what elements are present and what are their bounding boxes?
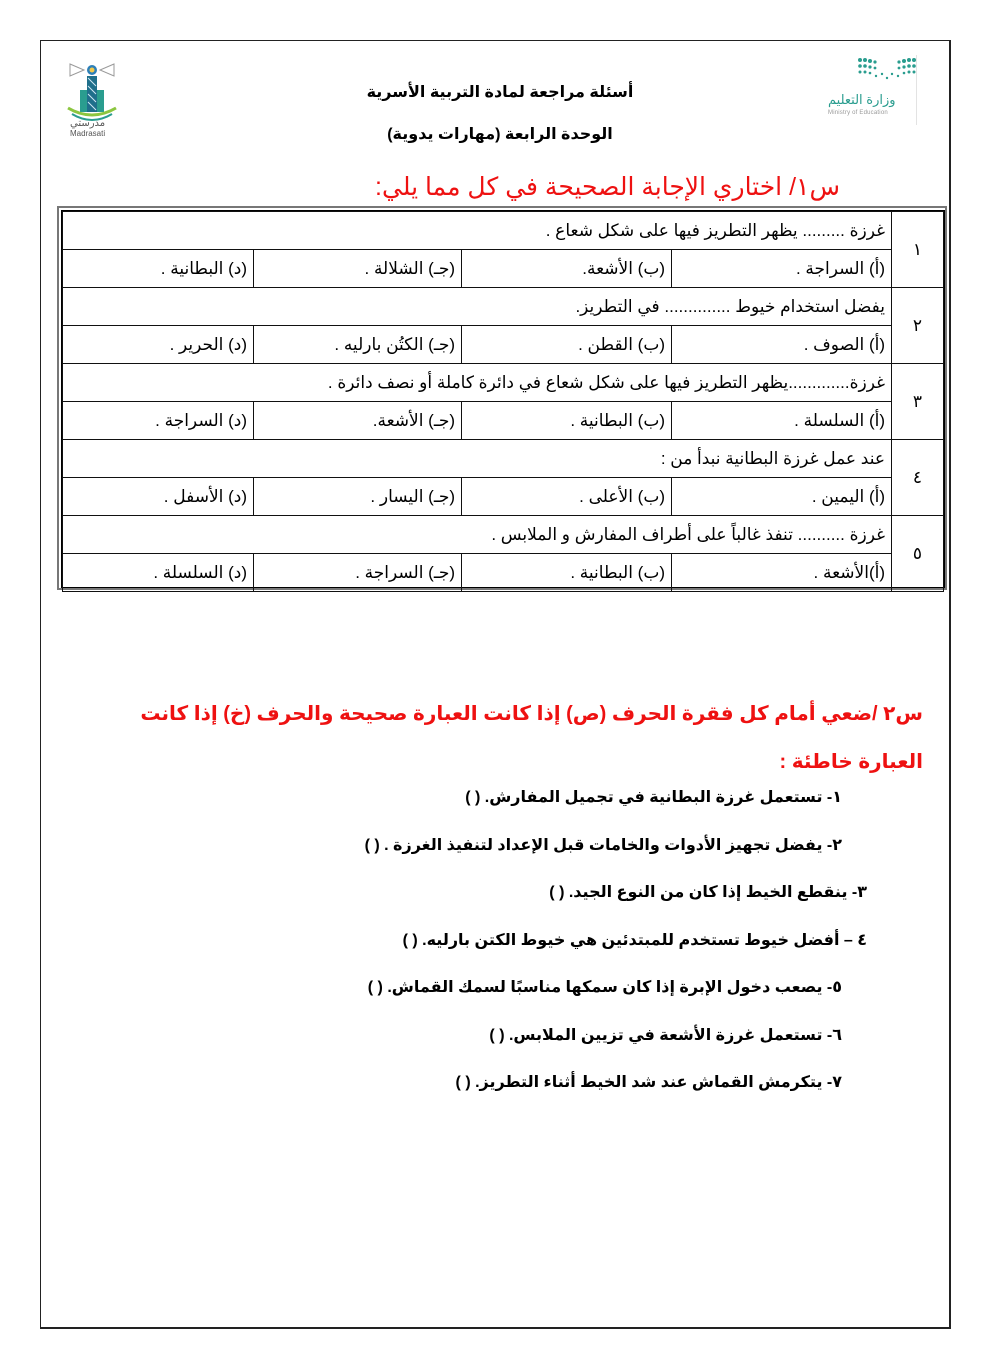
option-d[interactable]: (د) السراجة . [63,402,254,440]
mcq-options-row: (أ)الأشعة . (ب) البطانية . (جـ) السراجة … [63,554,944,592]
question2-heading: س٢ /ضعي أمام كل فقرة الحرف (ص) إذا كانت … [93,690,923,786]
true-false-statement[interactable]: ٢- يفضل تجهيز الأدوات والخامات قبل الإعد… [365,835,842,857]
option-c[interactable]: (جـ) السراجة . [254,554,462,592]
mcq-stem-row: ٢ يفضل استخدام خيوط .............. في ال… [63,288,944,326]
mcq-table: ١ غرزة ......... يظهر التطريز فيها على ش… [62,211,944,592]
option-b[interactable]: (ب) البطانية . [462,554,672,592]
option-d[interactable]: (د) الأسفل . [63,478,254,516]
ministry-logo-text-ar: وزارة التعليم [828,92,896,108]
ministry-logo-text-en: Ministry of Education [828,110,888,116]
question-stem: يفضل استخدام خيوط .............. في التط… [63,288,892,326]
page-title: أسئلة مراجعة لمادة التربية الأسرية [355,82,645,102]
madrasati-logo-text-ar: مدرستي [70,118,105,129]
option-b[interactable]: (ب) القطن . [462,326,672,364]
option-b[interactable]: (ب) البطانية . [462,402,672,440]
option-d[interactable]: (د) البطانية . [63,250,254,288]
mcq-table-frame: ١ غرزة ......... يظهر التطريز فيها على ش… [57,206,947,590]
true-false-statement[interactable]: ٧- يتكرمش القماش عند شد الخيط أثناء التط… [365,1072,842,1094]
option-a[interactable]: (أ) السلسلة . [672,402,892,440]
option-c[interactable]: (جـ) اليسار . [254,478,462,516]
true-false-statement[interactable]: ٣- ينقطع الخيط إذا كان من النوع الجيد. (… [365,882,867,904]
option-d[interactable]: (د) الحرير . [63,326,254,364]
question-number: ١ [892,212,944,288]
mcq-stem-row: ٤ عند عمل غرزة البطانية نبدأ من : [63,440,944,478]
mcq-stem-row: ٣ غرزة.............يظهر التطريز فيها على… [63,364,944,402]
option-c[interactable]: (جـ) الشلالة . [254,250,462,288]
option-c[interactable]: (جـ) الكتُن بارليه . [254,326,462,364]
true-false-statement[interactable]: ٦- تستعمل غرزة الأشعة في تزيين الملابس. … [365,1025,842,1047]
madrasati-logo-text-en: Madrasati [70,129,105,138]
question-number: ٤ [892,440,944,516]
mcq-stem-row: ٥ غرزة .......... تنفذ غالباً على أطراف … [63,516,944,554]
question-number: ٣ [892,364,944,440]
mcq-options-row: (أ) السراجة . (ب) الأشعة. (جـ) الشلالة .… [63,250,944,288]
option-a[interactable]: (أ) اليمين . [672,478,892,516]
true-false-statement[interactable]: ٥- يصعب دخول الإبرة إذا كان سمكها مناسبً… [365,977,842,999]
option-c[interactable]: (جـ) الأشعة. [254,402,462,440]
option-b[interactable]: (ب) الأشعة. [462,250,672,288]
mcq-stem-row: ١ غرزة ......... يظهر التطريز فيها على ش… [63,212,944,250]
question1-heading: س١/ اختاري الإجابة الصحيحة في كل مما يلي… [375,172,840,202]
question-stem: غرزة .......... تنفذ غالباً على أطراف ال… [63,516,892,554]
question-stem: غرزة ......... يظهر التطريز فيها على شكل… [63,212,892,250]
option-a[interactable]: (أ)الأشعة . [672,554,892,592]
question-stem: غرزة.............يظهر التطريز فيها على ش… [63,364,892,402]
question-stem: عند عمل غرزة البطانية نبدأ من : [63,440,892,478]
mcq-options-row: (أ) اليمين . (ب) الأعلى . (جـ) اليسار . … [63,478,944,516]
mcq-options-row: (أ) الصوف . (ب) القطن . (جـ) الكتُن بارل… [63,326,944,364]
option-d[interactable]: (د) السلسلة . [63,554,254,592]
question-number: ٥ [892,516,944,592]
true-false-list: ١- تستعمل غرزة البطانية في تجميل المفارش… [365,787,842,1120]
logo-divider [916,55,917,125]
question-number: ٢ [892,288,944,364]
option-b[interactable]: (ب) الأعلى . [462,478,672,516]
ministry-logo-icon [824,52,919,92]
option-a[interactable]: (أ) الصوف . [672,326,892,364]
page-subtitle: الوحدة الرابعة (مهارات يدوية) [355,124,645,144]
true-false-statement[interactable]: ٤ – أفضل خيوط تستخدم للمبتدئين هي خيوط ا… [365,930,867,952]
true-false-statement[interactable]: ١- تستعمل غرزة البطانية في تجميل المفارش… [365,787,842,809]
option-a[interactable]: (أ) السراجة . [672,250,892,288]
mcq-options-row: (أ) السلسلة . (ب) البطانية . (جـ) الأشعة… [63,402,944,440]
